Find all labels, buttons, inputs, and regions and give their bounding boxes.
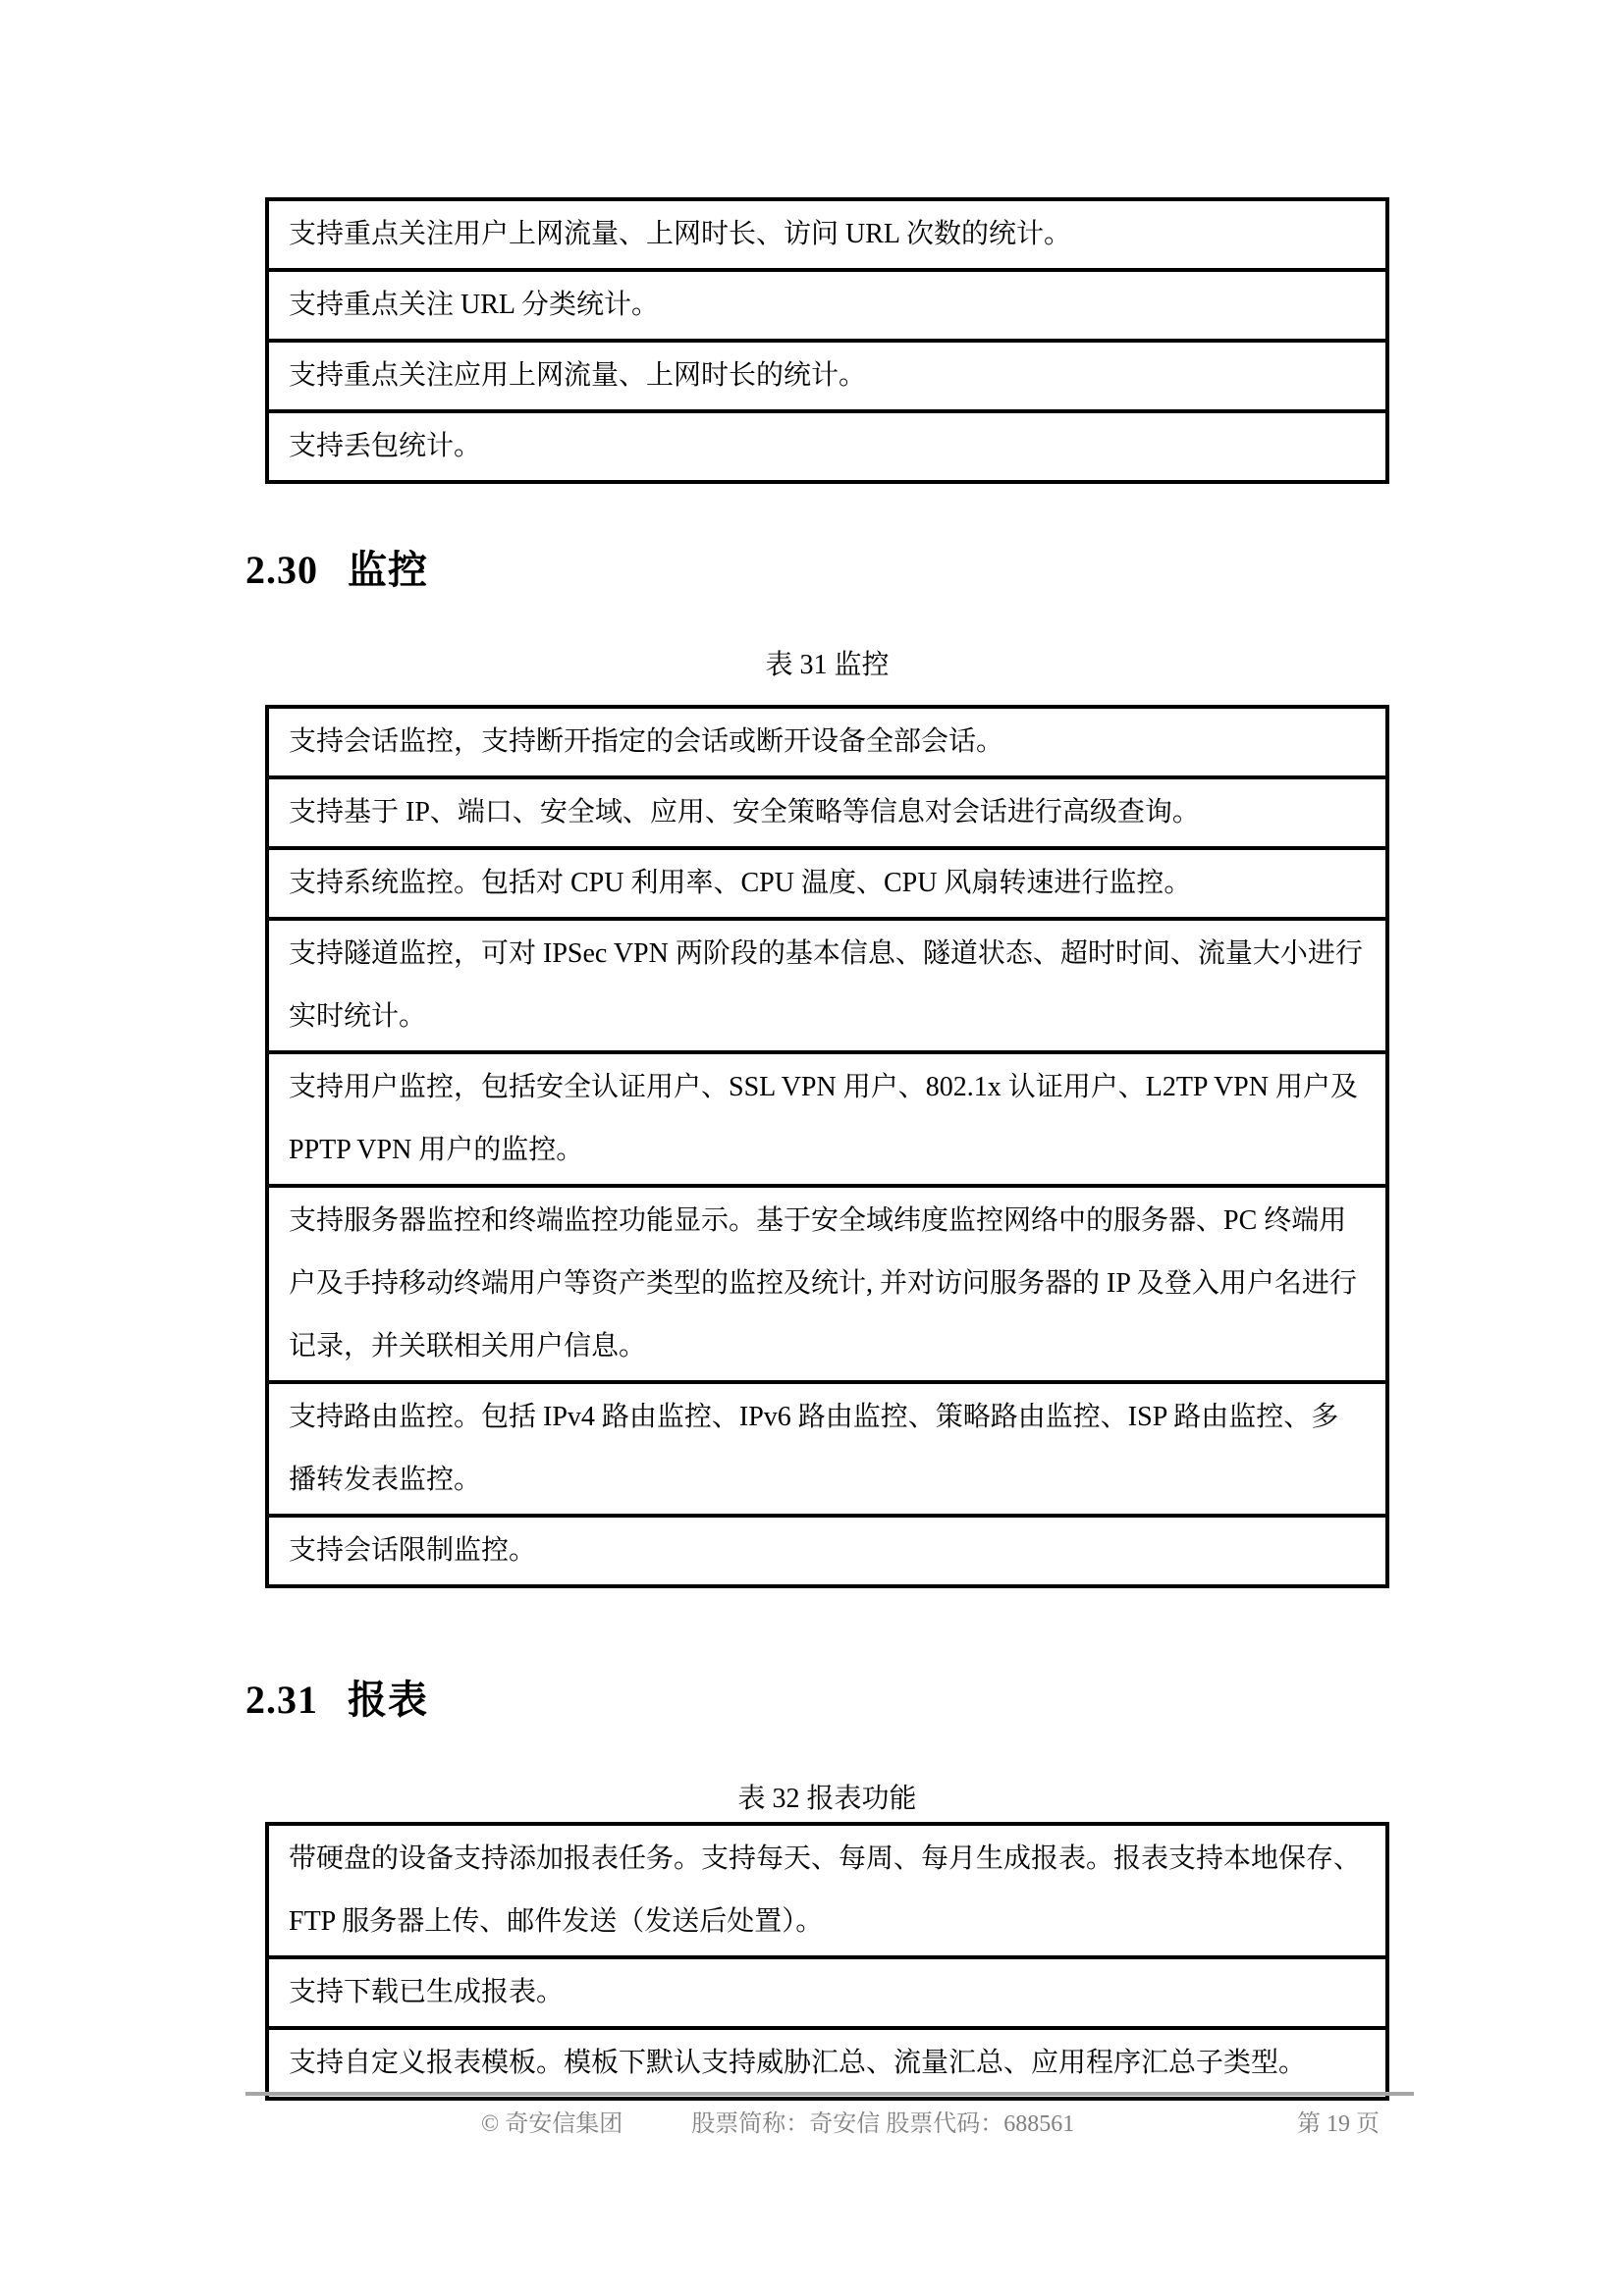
footer-copyright: © 奇安信集团 xyxy=(481,2109,623,2139)
table-row: 支持下载已生成报表。 xyxy=(267,1957,1387,2028)
section-title: 报表 xyxy=(348,1678,428,1722)
table-row: 支持会话限制监控。 xyxy=(267,1516,1387,1586)
table-cell: 支持基于 IP、端口、安全域、应用、安全策略等信息对会话进行高级查询。 xyxy=(267,777,1387,848)
table-caption-31: 表 31 监控 xyxy=(265,651,1389,680)
table-cell: 支持丢包统计。 xyxy=(267,411,1387,482)
table-row: 支持路由监控。包括 IPv4 路由监控、IPv6 路由监控、策略路由监控、ISP… xyxy=(267,1382,1387,1516)
table-row: 带硬盘的设备支持添加报表任务。支持每天、每周、每月生成报表。报表支持本地保存、F… xyxy=(267,1824,1387,1957)
table-row: 支持丢包统计。 xyxy=(267,411,1387,482)
table-cell: 支持重点关注用户上网流量、上网时长、访问 URL 次数的统计。 xyxy=(267,199,1387,270)
table-cell: 支持自定义报表模板。模板下默认支持威胁汇总、流量汇总、应用程序汇总子类型。 xyxy=(267,2028,1387,2099)
table-cell: 支持路由监控。包括 IPv4 路由监控、IPv6 路由监控、策略路由监控、ISP… xyxy=(267,1382,1387,1516)
section-heading-report: 2.31报表 xyxy=(245,1675,1389,1726)
table-cell: 支持系统监控。包括对 CPU 利用率、CPU 温度、CPU 风扇转速进行监控。 xyxy=(267,848,1387,919)
table-cell: 带硬盘的设备支持添加报表任务。支持每天、每周、每月生成报表。报表支持本地保存、F… xyxy=(267,1824,1387,1957)
page-footer: © 奇安信集团 股票简称：奇安信 股票代码：688561 第 19 页 xyxy=(245,2092,1414,2139)
table-row: 支持系统监控。包括对 CPU 利用率、CPU 温度、CPU 风扇转速进行监控。 xyxy=(267,848,1387,919)
document-page: 支持重点关注用户上网流量、上网时长、访问 URL 次数的统计。 支持重点关注 U… xyxy=(0,0,1624,2296)
section-number: 2.31 xyxy=(245,1678,318,1722)
table-row: 支持自定义报表模板。模板下默认支持威胁汇总、流量汇总、应用程序汇总子类型。 xyxy=(267,2028,1387,2099)
table-row: 支持会话监控，支持断开指定的会话或断开设备全部会话。 xyxy=(267,707,1387,777)
table-row: 支持隧道监控，可对 IPSec VPN 两阶段的基本信息、隧道状态、超时时间、流… xyxy=(267,919,1387,1052)
table-cell: 支持用户监控，包括安全认证用户、SSL VPN 用户、802.1x 认证用户、L… xyxy=(267,1052,1387,1186)
table-cell: 支持下载已生成报表。 xyxy=(267,1957,1387,2028)
section-heading-monitor: 2.30监控 xyxy=(245,545,1389,596)
table-row: 支持重点关注用户上网流量、上网时长、访问 URL 次数的统计。 xyxy=(267,199,1387,270)
table-row: 支持服务器监控和终端监控功能显示。基于安全域纬度监控网络中的服务器、PC 终端用… xyxy=(267,1186,1387,1382)
table-row: 支持基于 IP、端口、安全域、应用、安全策略等信息对会话进行高级查询。 xyxy=(267,777,1387,848)
table-row: 支持重点关注 URL 分类统计。 xyxy=(267,270,1387,341)
section-number: 2.30 xyxy=(245,548,318,592)
page-content: 支持重点关注用户上网流量、上网时长、访问 URL 次数的统计。 支持重点关注 U… xyxy=(265,0,1389,2101)
table-row: 支持用户监控，包括安全认证用户、SSL VPN 用户、802.1x 认证用户、L… xyxy=(267,1052,1387,1186)
table-row: 支持重点关注应用上网流量、上网时长的统计。 xyxy=(267,341,1387,411)
footer-stock-info: 股票简称：奇安信 股票代码：688561 xyxy=(691,2109,1074,2139)
table-cell: 支持会话限制监控。 xyxy=(267,1516,1387,1586)
footer-divider xyxy=(245,2092,1414,2096)
monitor-feature-table: 支持会话监控，支持断开指定的会话或断开设备全部会话。 支持基于 IP、端口、安全… xyxy=(265,705,1389,1588)
table-cell: 支持重点关注 URL 分类统计。 xyxy=(267,270,1387,341)
table-cell: 支持服务器监控和终端监控功能显示。基于安全域纬度监控网络中的服务器、PC 终端用… xyxy=(267,1186,1387,1382)
footer-page-number: 第 19 页 xyxy=(1297,2109,1380,2139)
section-title: 监控 xyxy=(348,548,428,592)
table-cell: 支持重点关注应用上网流量、上网时长的统计。 xyxy=(267,341,1387,411)
table-cell: 支持会话监控，支持断开指定的会话或断开设备全部会话。 xyxy=(267,707,1387,777)
table-cell: 支持隧道监控，可对 IPSec VPN 两阶段的基本信息、隧道状态、超时时间、流… xyxy=(267,919,1387,1052)
footer-text: © 奇安信集团 股票简称：奇安信 股票代码：688561 第 19 页 xyxy=(245,2109,1414,2139)
table-caption-32: 表 32 报表功能 xyxy=(265,1785,1389,1814)
report-feature-table: 带硬盘的设备支持添加报表任务。支持每天、每周、每月生成报表。报表支持本地保存、F… xyxy=(265,1822,1389,2101)
feature-table-continued: 支持重点关注用户上网流量、上网时长、访问 URL 次数的统计。 支持重点关注 U… xyxy=(265,197,1389,484)
